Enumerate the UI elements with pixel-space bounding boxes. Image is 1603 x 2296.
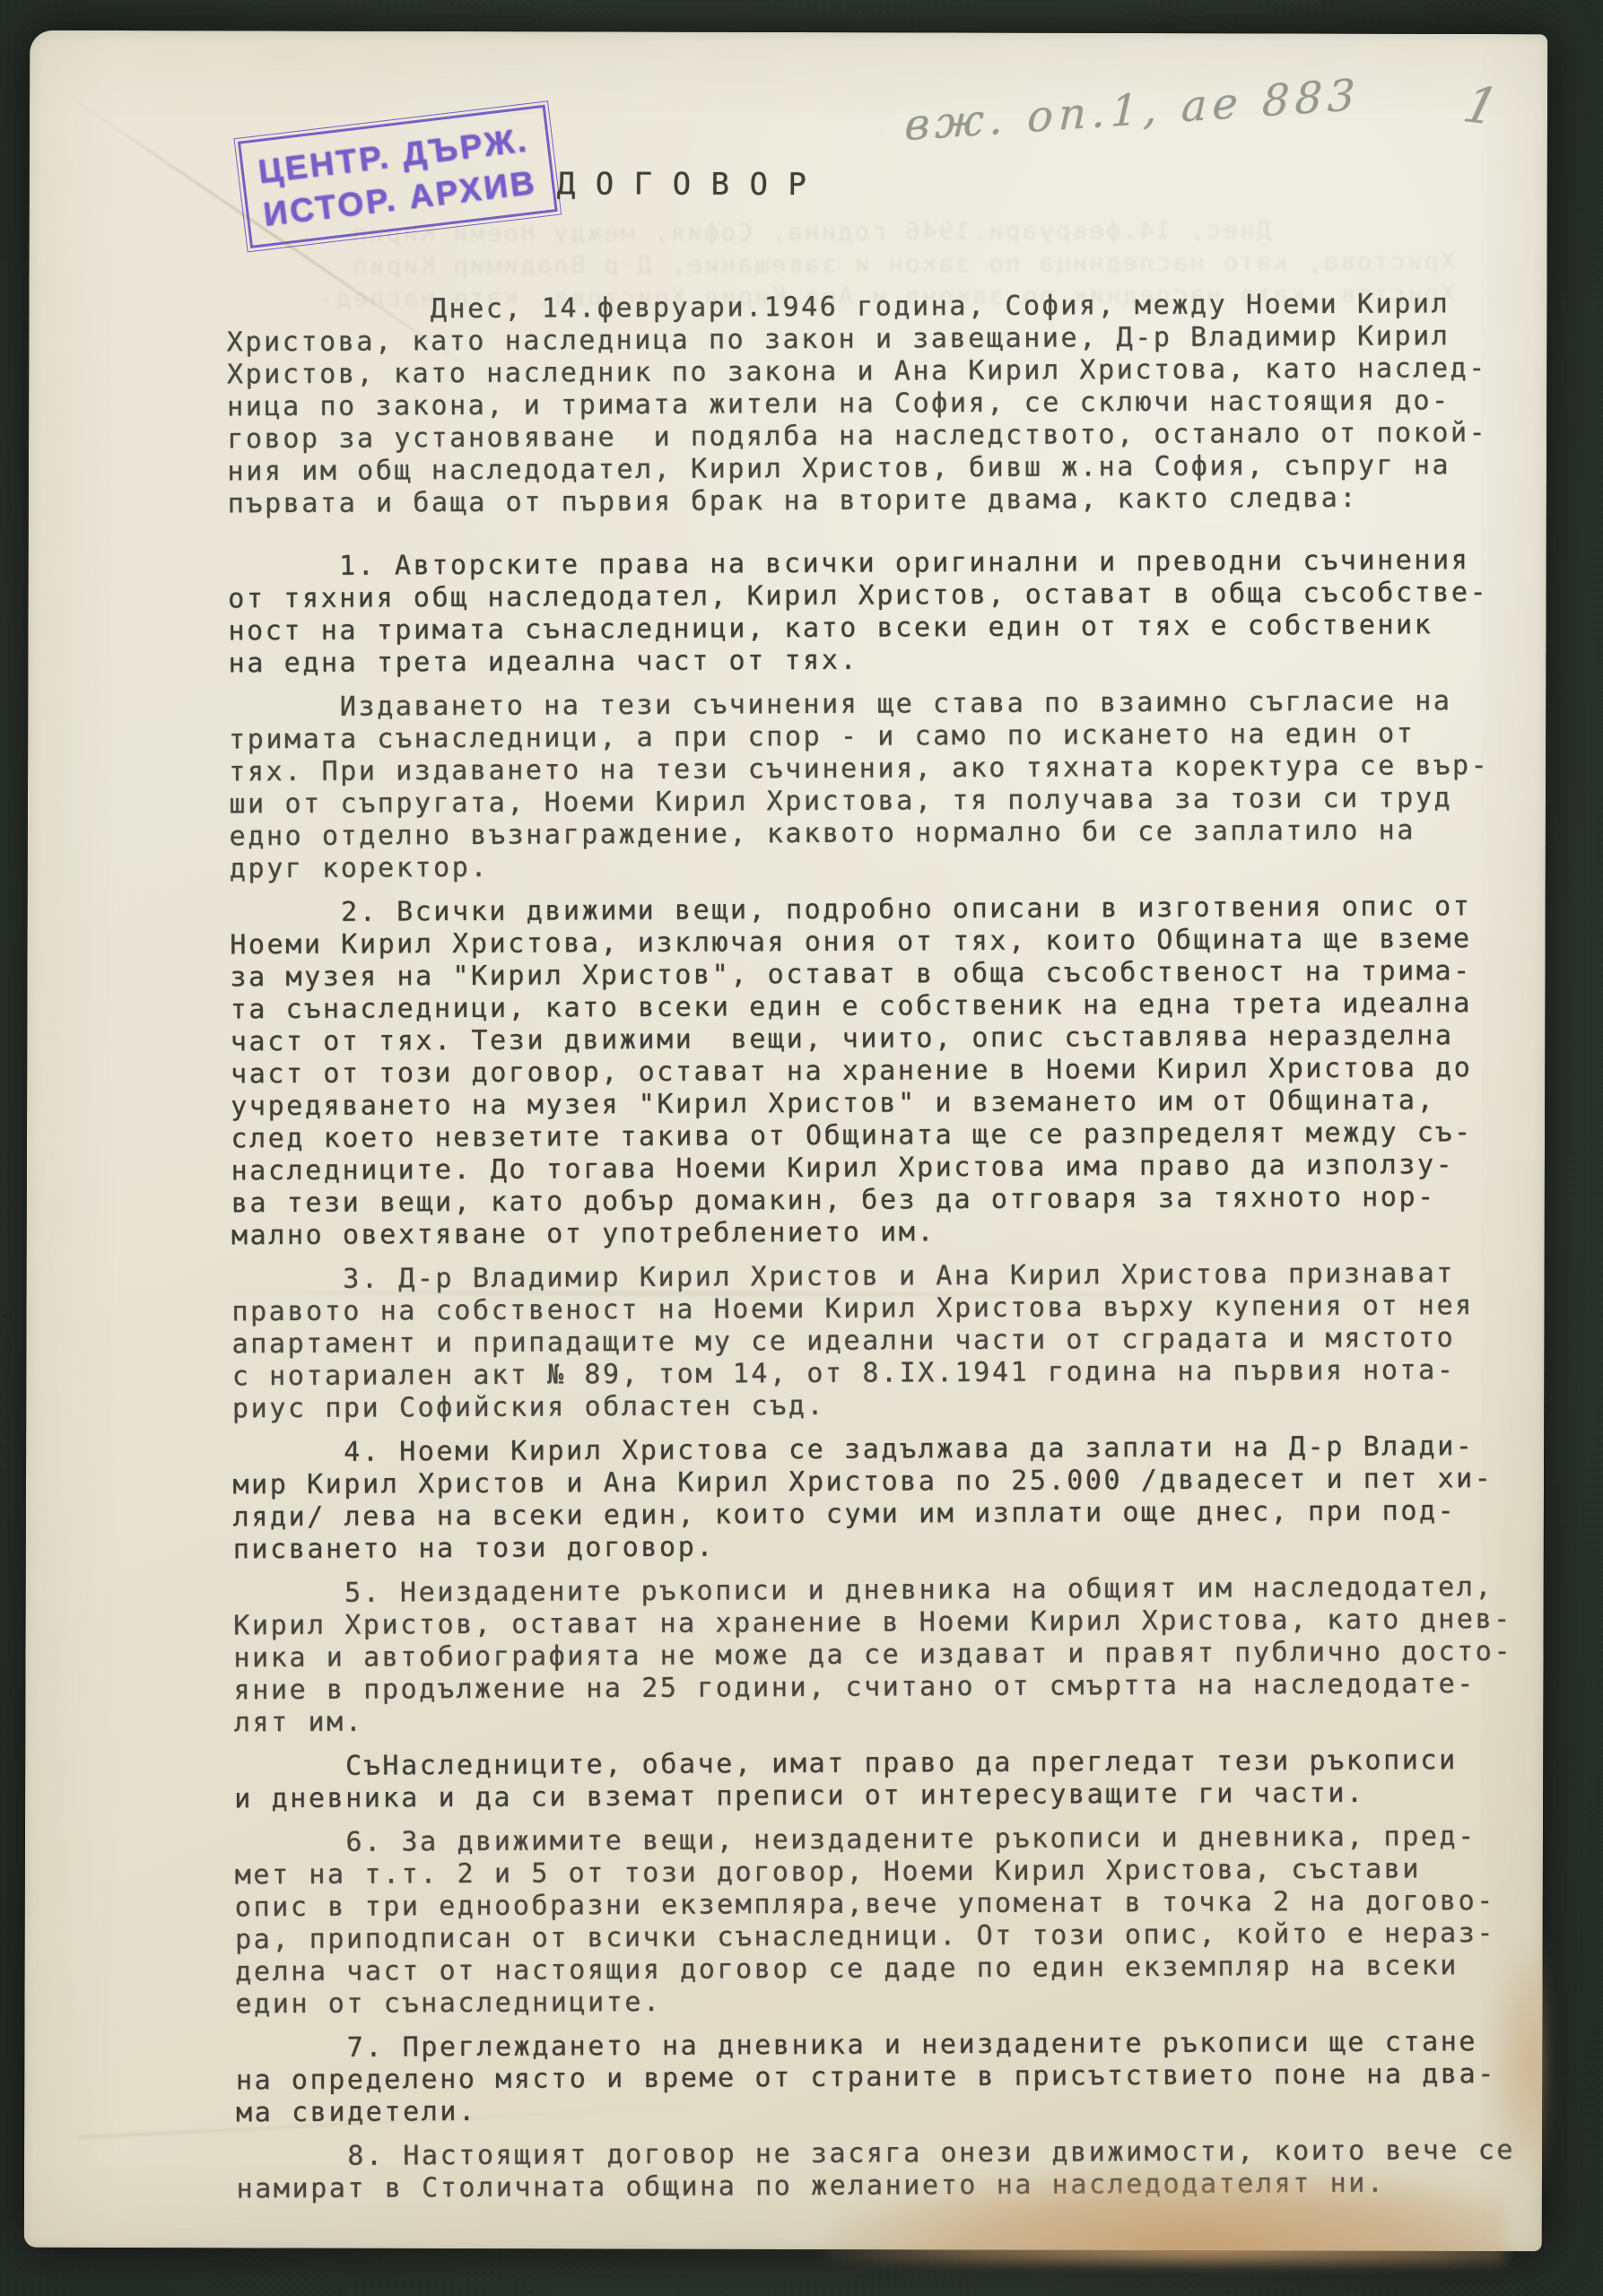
paragraph: СъНаследниците, обаче, имат право да пре…	[234, 1744, 1546, 1816]
paragraph: 1. Авторските права на всички оригинални…	[228, 544, 1540, 681]
paragraph: 7. Преглеждането на дневника и неиздаден…	[236, 2026, 1548, 2130]
paragraph: Днес, 14.февруари.1946 година, София, ме…	[226, 288, 1538, 521]
document-title: Д О Г О В О Р	[557, 166, 807, 203]
archive-annotation: вж. оп.1, ае 883	[904, 70, 1362, 151]
paragraph: Издаването на тези съчинения ще става по…	[229, 685, 1541, 886]
paragraph: 4. Ноеми Кирил Христова се задължава да …	[232, 1431, 1545, 1567]
page-number: 1	[1458, 76, 1503, 136]
paragraph: 2. Всички движими вещи, подробно описани…	[230, 891, 1543, 1253]
paragraph: 5. Неиздадените ръкописи и дневника на о…	[233, 1571, 1546, 1740]
paragraph: 6. За движимите вещи, неиздадените ръкоп…	[234, 1821, 1546, 2022]
archive-stamp: ЦЕНТР. ДЪРЖ. ИСТОР. АРХИВ	[238, 105, 557, 248]
paragraph: 3. Д-р Владимир Кирил Христов и Ана Кири…	[231, 1257, 1544, 1426]
paragraph: 8. Настоящият договор не засяга онези дв…	[236, 2135, 1547, 2206]
document-page: ЦЕНТР. ДЪРЖ. ИСТОР. АРХИВ вж. оп.1, ае 8…	[24, 30, 1547, 2251]
scan-background: { "colors": { "scan-bg": "#323a33", "pap…	[0, 0, 1603, 2296]
document-body: Днес, 14.февруари.1946 година, София, ме…	[226, 288, 1547, 2218]
